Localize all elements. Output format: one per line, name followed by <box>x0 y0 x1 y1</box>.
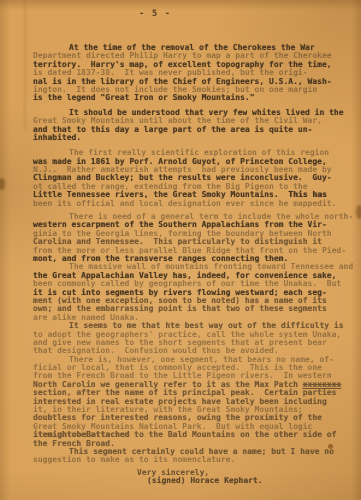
paragraph: There is, however, one segment, that bea… <box>33 356 353 448</box>
typed-segment: Little Tennessee rivers, the Great Smoky… <box>33 190 288 199</box>
paper-page: - 5 - At the time of the removal of the … <box>0 0 361 500</box>
paragraph: The massive wall of mountains fronting t… <box>33 263 353 322</box>
paragraph: This segment certainly could have a name… <box>33 448 353 465</box>
page-number: - 5 - <box>139 9 171 19</box>
typed-segment: itemightobeBattached <box>33 430 129 439</box>
typed-line: inhabited. <box>33 134 353 142</box>
typed-segment: to the Bald Mountains on the other side … <box>129 430 336 439</box>
paper-stain <box>0 178 5 190</box>
signature-line: (signed) Horace Kephart. <box>33 477 353 485</box>
paragraph: The first really scientific exploration … <box>33 149 353 208</box>
typed-segment: This has <box>288 190 327 199</box>
typed-line: is the legend "Great Iron or Smoky Mount… <box>33 94 353 102</box>
closing-block: Very sincerely, (signed) Horace Kephart. <box>33 469 353 486</box>
paper-crease <box>24 0 26 130</box>
paragraph: There is need of a general term to inclu… <box>33 213 353 263</box>
typed-line: suggestion to make as to its nomenclatur… <box>33 456 353 464</box>
paragraph: At the time of the removal of the Cherok… <box>33 44 353 103</box>
letter-body: At the time of the removal of the Cherok… <box>33 44 353 465</box>
paper-stain <box>356 205 361 219</box>
typed-line: been its official and local designation … <box>33 200 353 208</box>
paragraph: It should be understood that very few wh… <box>33 109 353 143</box>
paragraph: It seems to me that hte best way out of … <box>33 322 353 356</box>
typed-line: and that to this day a large part of the… <box>33 126 353 134</box>
